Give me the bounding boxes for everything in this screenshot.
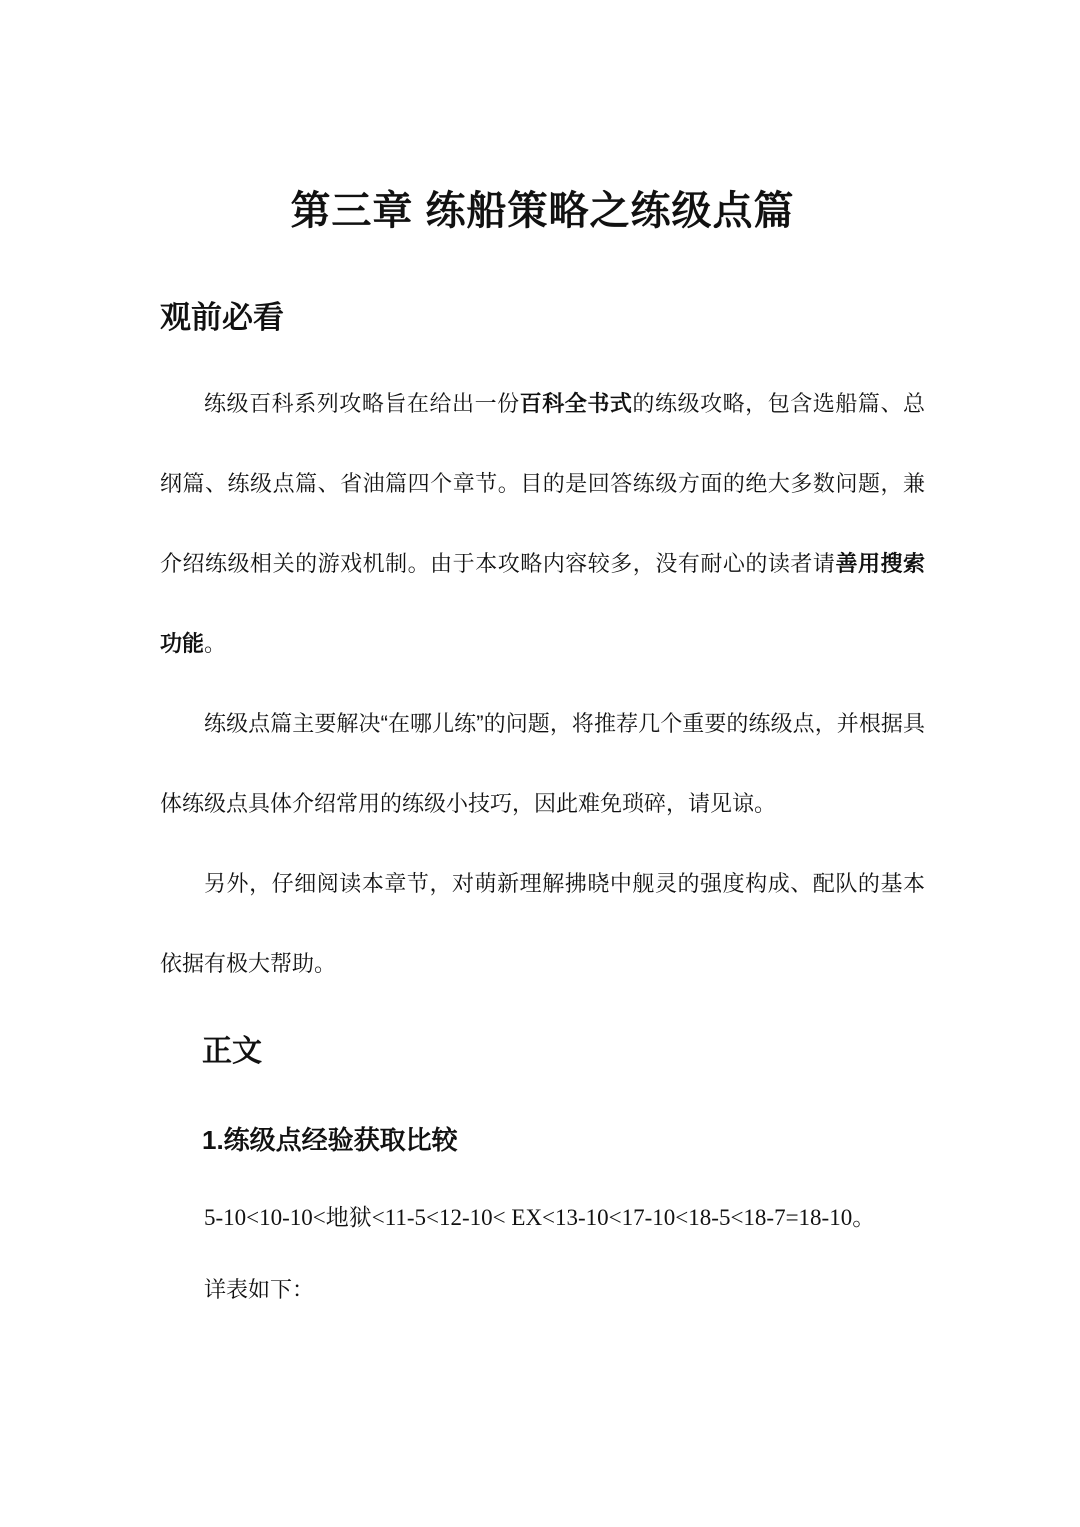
body-heading-main-text: 正文 (202, 1032, 925, 1072)
text-run: 。 (204, 631, 226, 656)
table-intro-label: 详表如下： (160, 1274, 925, 1306)
exp-comparison-formula: 5-10<10-10<地狱<11-5<12-10< EX<13-10<17-10… (160, 1202, 925, 1234)
section-heading-pre-read: 观前必看 (160, 298, 925, 338)
intro-paragraph-2: 练级点篇主要解决“在哪儿练”的问题，将推荐几个重要的练级点，并根据具体练级点具体… (160, 684, 925, 844)
document-page: 第三章 练船策略之练级点篇 观前必看 练级百科系列攻略旨在给出一份百科全书式的练… (0, 0, 1080, 1527)
subsection-heading-exp-comparison: 1.练级点经验获取比较 (202, 1122, 925, 1158)
text-run: 的练级攻略，包含选船篇、总纲篇、练级点篇、省油篇四个章节。目的是回答练级方面的绝… (160, 391, 925, 576)
text-run: 练级百科系列攻略旨在给出一份 (204, 391, 520, 416)
text-run-bold-encyclopedic: 百科全书式 (520, 391, 633, 416)
chapter-title: 第三章 练船策略之练级点篇 (160, 0, 925, 236)
intro-paragraph-1: 练级百科系列攻略旨在给出一份百科全书式的练级攻略，包含选船篇、总纲篇、练级点篇、… (160, 364, 925, 684)
intro-paragraph-3: 另外，仔细阅读本章节，对萌新理解拂晓中舰灵的强度构成、配队的基本依据有极大帮助。 (160, 844, 925, 1004)
